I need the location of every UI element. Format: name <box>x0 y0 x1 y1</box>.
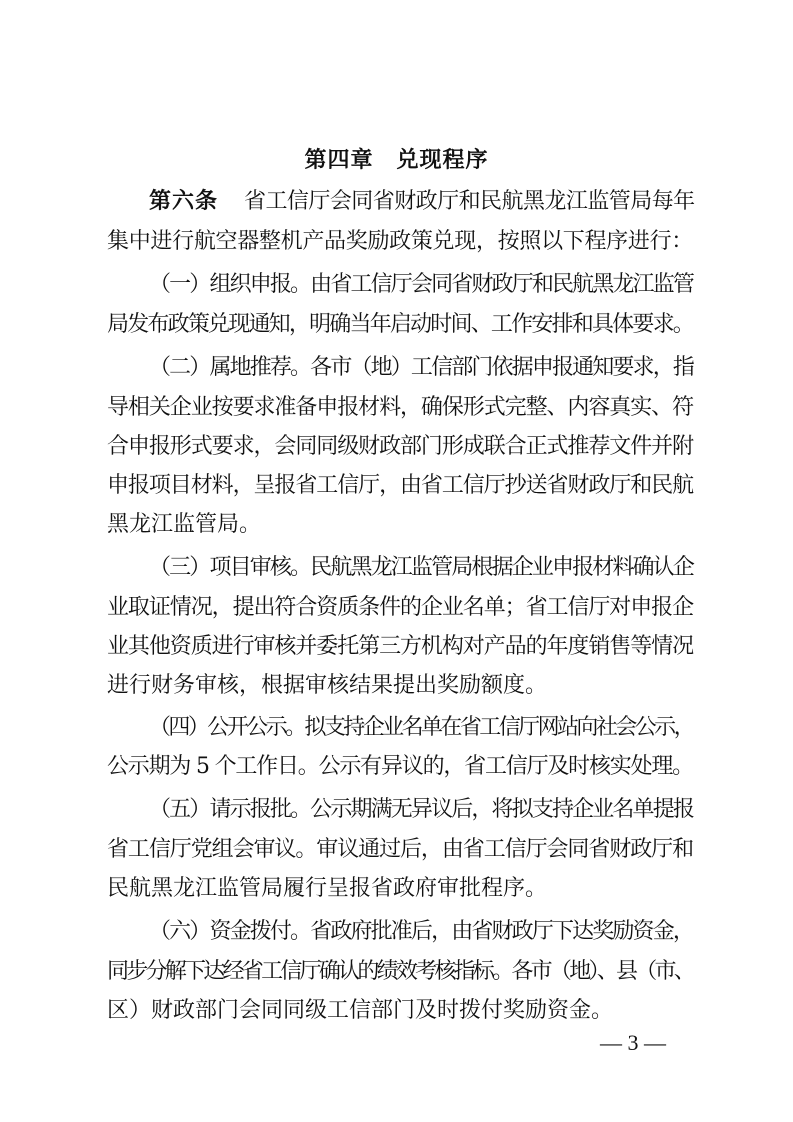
step-4-line-2: 公示期为 5 个工作日。公示有异议的，省工信厅及时核实处理。 <box>107 752 693 782</box>
step-1-line-2: 局发布政策兑现通知，明确当年启动时间、工作安排和具体要求。 <box>107 310 693 340</box>
step-3-line-1: （三）项目审核。民航黑龙江监管局根据企业申报材料确认企 <box>149 553 693 583</box>
chapter-title: 第四章 兑现程序 <box>0 146 793 176</box>
article-text: 省工信厅会同省财政厅和民航黑龙江监管局每年 <box>244 189 695 214</box>
step-4-line-1: （四）公开公示。拟支持企业名单在省工信厅网站向社会公示， <box>149 713 693 743</box>
step-2-line-3: 合申报形式要求，会同同级财政部门形成联合正式推荐文件并附 <box>107 432 693 462</box>
step-2-line-5: 黑龙江监管局。 <box>107 510 693 540</box>
step-5-line-1: （五）请示报批。公示期满无异议后，将拟支持企业名单提报 <box>149 795 693 825</box>
step-3-line-4: 进行财务审核，根据审核结果提出奖励额度。 <box>107 671 693 701</box>
article-line-1: 第六条省工信厅会同省财政厅和民航黑龙江监管局每年 <box>149 187 693 217</box>
step-6-line-3: 区）财政部门会同同级工信部门及时拨付奖励资金。 <box>107 996 693 1026</box>
step-1-line-1: （一）组织申报。由省工信厅会同省财政厅和民航黑龙江监管 <box>149 270 693 300</box>
step-5-line-3: 民航黑龙江监管局履行呈报省政府审批程序。 <box>107 874 693 904</box>
step-5-line-2: 省工信厅党组会审议。审议通过后，由省工信厅会同省财政厅和 <box>107 835 693 865</box>
document-page: 第四章 兑现程序 第六条省工信厅会同省财政厅和民航黑龙江监管局每年 集中进行航空… <box>0 0 793 1122</box>
step-2-line-1: （二）属地推荐。各市（地）工信部门依据申报通知要求，指 <box>149 353 693 383</box>
step-6-line-1: （六）资金拨付。省政府批准后，由省财政厅下达奖励资金， <box>149 917 693 947</box>
step-2-line-2: 导相关企业按要求准备申报材料，确保形式完整、内容真实、符 <box>107 393 693 423</box>
step-3-line-2: 业取证情况，提出符合资质条件的企业名单；省工信厅对申报企 <box>107 593 693 623</box>
step-3-line-3: 业其他资质进行审核并委托第三方机构对产品的年度销售等情况 <box>107 632 693 662</box>
page-number: — 3 — <box>600 1030 666 1056</box>
article-label: 第六条 <box>149 189 218 214</box>
step-2-line-4: 申报项目材料，呈报省工信厅，由省工信厅抄送省财政厅和民航 <box>107 471 693 501</box>
step-6-line-2: 同步分解下达经省工信厅确认的绩效考核指标。各市（地）、县（市、 <box>107 957 693 987</box>
article-line-2: 集中进行航空器整机产品奖励政策兑现，按照以下程序进行： <box>107 227 693 257</box>
